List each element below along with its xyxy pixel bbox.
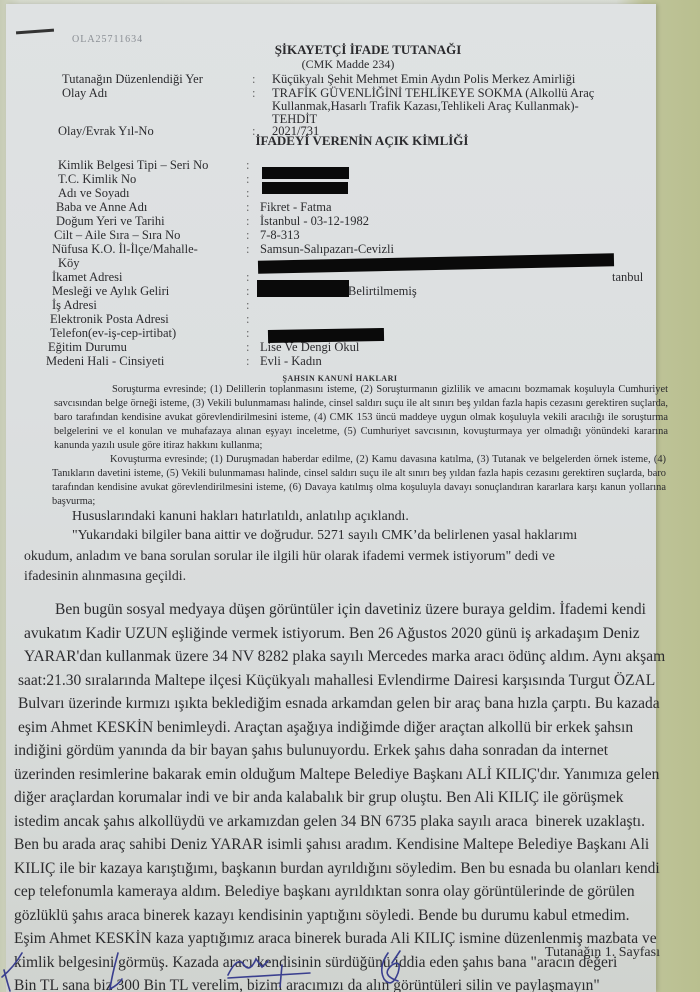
field-label: Medeni Hali - Cinsiyeti (46, 354, 164, 368)
redaction-tc (262, 167, 349, 179)
statement-line: YARAR'dan kullanmak üzere 34 NV 8282 pla… (24, 645, 700, 669)
statement-line: üzerinden resimlerine bakarak emin olduğ… (14, 763, 700, 787)
statement-line: saat:21.30 sıralarında Maltepe ilçesi Kü… (18, 669, 700, 693)
field-value: Fikret - Fatma (260, 200, 332, 214)
declaration-line: ifadesinin alınmasına geçildi. (24, 567, 186, 585)
field-label: Elektronik Posta Adresi (50, 312, 169, 326)
field-label: Telefon(ev-iş-cep-irtibat) (50, 326, 176, 340)
field-label: Nüfusa K.O. İl-İlçe/Mahalle- (52, 242, 198, 256)
document-subtitle: (CMK Madde 234) (0, 57, 698, 72)
page-footer: Tutanağın 1. Sayfası (545, 945, 660, 961)
statement-line: istedim ancak şahıs alkollüydü ve arkamı… (14, 810, 700, 834)
statement-line: Ben bugün sosyal medyaya düşen görüntüle… (24, 598, 700, 622)
signature-3 (228, 959, 310, 987)
identity-section-title: İFADEYİ VERENİN AÇIK KİMLİĞİ (12, 133, 700, 149)
statement-line: eşim Ahmet KESKİN benimleydi. Araçtan aş… (18, 716, 700, 740)
statement-line: gözlüklü şahıs araca binerek kazayı kend… (14, 904, 700, 928)
redaction-name (262, 182, 348, 194)
field-label: İkamet Adresi (52, 270, 122, 284)
statement-body: Ben bugün sosyal medyaya düşen görüntüle… (14, 598, 700, 992)
field-label: Doğum Yeri ve Tarihi (56, 214, 165, 228)
field-label: Kimlik Belgesi Tipi – Seri No (58, 158, 208, 172)
field-value: tanbul (612, 270, 643, 284)
statement-line: indiğini gördüm yanında da bir bayan şah… (14, 739, 700, 763)
statement-line: Bulvarı üzerinde kırmızı ışıkta beklediğ… (18, 692, 700, 716)
field-value: Evli - Kadın (260, 354, 322, 368)
field-label: Baba ve Anne Adı (56, 200, 147, 214)
signature-2 (110, 953, 122, 989)
field-value: Belirtilmemiş (348, 284, 417, 298)
statement-line: KILIÇ ile bir kazaya karıştığımı, başkan… (14, 857, 700, 881)
rights-prosecution: Kovuşturma evresinde; (1) Duruşmadan hab… (52, 453, 666, 509)
signatures (0, 945, 520, 992)
field-label: Eğitim Durumu (48, 340, 127, 354)
redaction-job (257, 280, 349, 297)
declaration-line: okudum, anladım ve bana sorulan sorular … (24, 547, 555, 565)
redaction-phone (268, 328, 384, 343)
declaration-line: "Yukarıdaki bilgiler bana aittir ve doğr… (72, 526, 577, 544)
field-value: İstanbul - 03-12-1982 (260, 214, 369, 228)
statement-line: avukatım Kadir UZUN eşliğinde vermek ist… (24, 622, 700, 646)
field-label: T.C. Kimlik No (58, 172, 136, 186)
field-label: Adı ve Soyadı (58, 186, 130, 200)
signature-4 (382, 951, 400, 983)
field-label: Mesleği ve Aylık Geliri (52, 284, 169, 298)
field-label: Köy (58, 256, 80, 270)
statement-line: cep telefonumla kameraya aldım. Belediye… (14, 880, 700, 904)
rights-section-title: ŞAHSIN KANUNİ HAKLARI (0, 374, 690, 383)
statement-line: diğer araçlardan korumalar indi ve bir a… (14, 786, 700, 810)
document-title: ŞİKAYETÇİ İFADE TUTANAĞI (18, 42, 700, 58)
field-value: 7-8-313 (260, 228, 300, 242)
field-label: İş Adresi (52, 298, 97, 312)
rights-reminded: Hususlarındaki kanuni hakları hatırlatıl… (72, 507, 409, 525)
rights-investigation: Soruşturma evresinde; (1) Delillerin top… (54, 383, 668, 453)
signature-1 (2, 953, 22, 991)
statement-line: Ben bu arada araç sahibi Deniz YARAR isi… (14, 833, 700, 857)
field-value: Samsun-Salıpazarı-Cevizli (260, 242, 394, 256)
field-label: Cilt – Aile Sıra – Sıra No (54, 228, 180, 242)
